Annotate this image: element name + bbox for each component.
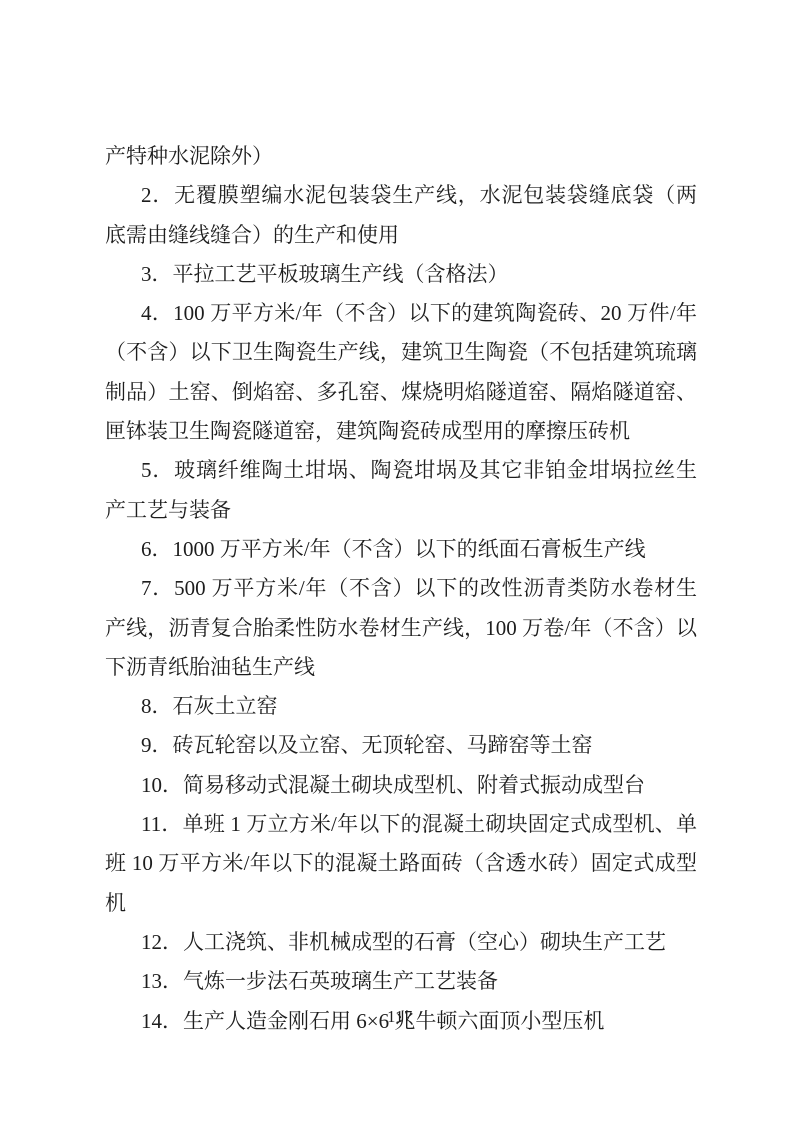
continuation-line: 产特种水泥除外）	[105, 137, 697, 176]
list-item: 8．石灰土立窑	[105, 687, 697, 726]
list-item: 10．简易移动式混凝土砌块成型机、附着式振动成型台	[105, 766, 697, 805]
list-item: 2．无覆膜塑编水泥包装袋生产线，水泥包装袋缝底袋（两底需由缝线缝合）的生产和使用	[105, 176, 697, 255]
list-item: 3．平拉工艺平板玻璃生产线（含格法）	[105, 255, 697, 294]
list-item: 13．气炼一步法石英玻璃生产工艺装备	[105, 962, 697, 1001]
document-body: 产特种水泥除外）2．无覆膜塑编水泥包装袋生产线，水泥包装袋缝底袋（两底需由缝线缝…	[105, 137, 697, 1041]
list-item: 12．人工浇筑、非机械成型的石膏（空心）砌块生产工艺	[105, 923, 697, 962]
list-item: 5．玻璃纤维陶土坩埚、陶瓷坩埚及其它非铂金坩埚拉丝生产工艺与装备	[105, 451, 697, 530]
list-item: 9．砖瓦轮窑以及立窑、无顶轮窑、马蹄窑等土窑	[105, 726, 697, 765]
page-number: 117	[0, 1007, 800, 1027]
document-page: 产特种水泥除外）2．无覆膜塑编水泥包装袋生产线，水泥包装袋缝底袋（两底需由缝线缝…	[0, 0, 800, 1131]
list-item: 11．单班 1 万立方米/年以下的混凝土砌块固定式成型机、单班 10 万平方米/…	[105, 805, 697, 923]
list-item: 7．500 万平方米/年（不含）以下的改性沥青类防水卷材生产线，沥青复合胎柔性防…	[105, 569, 697, 687]
list-item: 6．1000 万平方米/年（不含）以下的纸面石膏板生产线	[105, 530, 697, 569]
list-item: 4．100 万平方米/年（不含）以下的建筑陶瓷砖、20 万件/年（不含）以下卫生…	[105, 294, 697, 451]
